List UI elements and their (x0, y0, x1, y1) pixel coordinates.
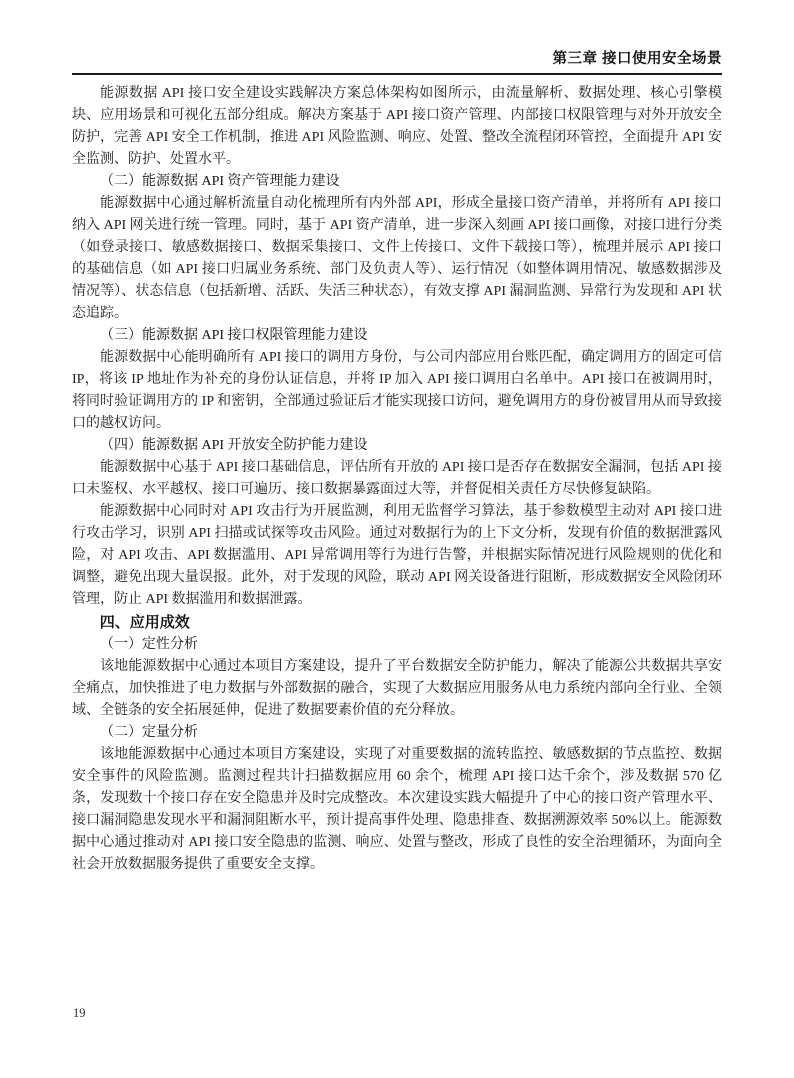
page-number: 19 (73, 1006, 86, 1020)
page-header: 第三章 接口使用安全场景 (72, 50, 722, 75)
section-heading-application-results: 四、应用成效 (72, 611, 722, 634)
paragraph: 能源数据中心基于 API 接口基础信息，评估所有开放的 API 接口是否存在数据… (72, 457, 722, 501)
paragraph: 该地能源数据中心通过本项目方案建设，实现了对重要数据的流转监控、敏感数据的节点监… (72, 744, 722, 876)
page-body: 能源数据 API 接口安全建设实践解决方案总体架构如图所示，由流量解析、数据处理… (72, 83, 722, 876)
paragraph: 能源数据中心通过解析流量自动化梳理所有内外部 API，形成全量接口资产清单，并将… (72, 193, 722, 325)
content-column: 第三章 接口使用安全场景 能源数据 API 接口安全建设实践解决方案总体架构如图… (72, 50, 722, 876)
paragraph: 该地能源数据中心通过本项目方案建设，提升了平台数据安全防护能力，解决了能源公共数… (72, 656, 722, 722)
section-heading-asset-management: （二）能源数据 API 资产管理能力建设 (72, 171, 722, 193)
subsection-heading-qualitative-analysis: （一）定性分析 (72, 634, 722, 656)
section-heading-open-security-protection: （四）能源数据 API 开放安全防护能力建设 (72, 435, 722, 457)
document-page: 第三章 接口使用安全场景 能源数据 API 接口安全建设实践解决方案总体架构如图… (0, 0, 794, 1078)
section-heading-permission-management: （三）能源数据 API 接口权限管理能力建设 (72, 325, 722, 347)
subsection-heading-quantitative-analysis: （二）定量分析 (72, 722, 722, 744)
chapter-running-head: 第三章 接口使用安全场景 (72, 50, 722, 68)
paragraph: 能源数据中心同时对 API 攻击行为开展监测，利用无监督学习算法，基于参数模型主… (72, 501, 722, 611)
intro-paragraph: 能源数据 API 接口安全建设实践解决方案总体架构如图所示，由流量解析、数据处理… (72, 83, 722, 171)
header-rule (72, 73, 722, 75)
paragraph: 能源数据中心能明确所有 API 接口的调用方身份，与公司内部应用台账匹配，确定调… (72, 347, 722, 435)
